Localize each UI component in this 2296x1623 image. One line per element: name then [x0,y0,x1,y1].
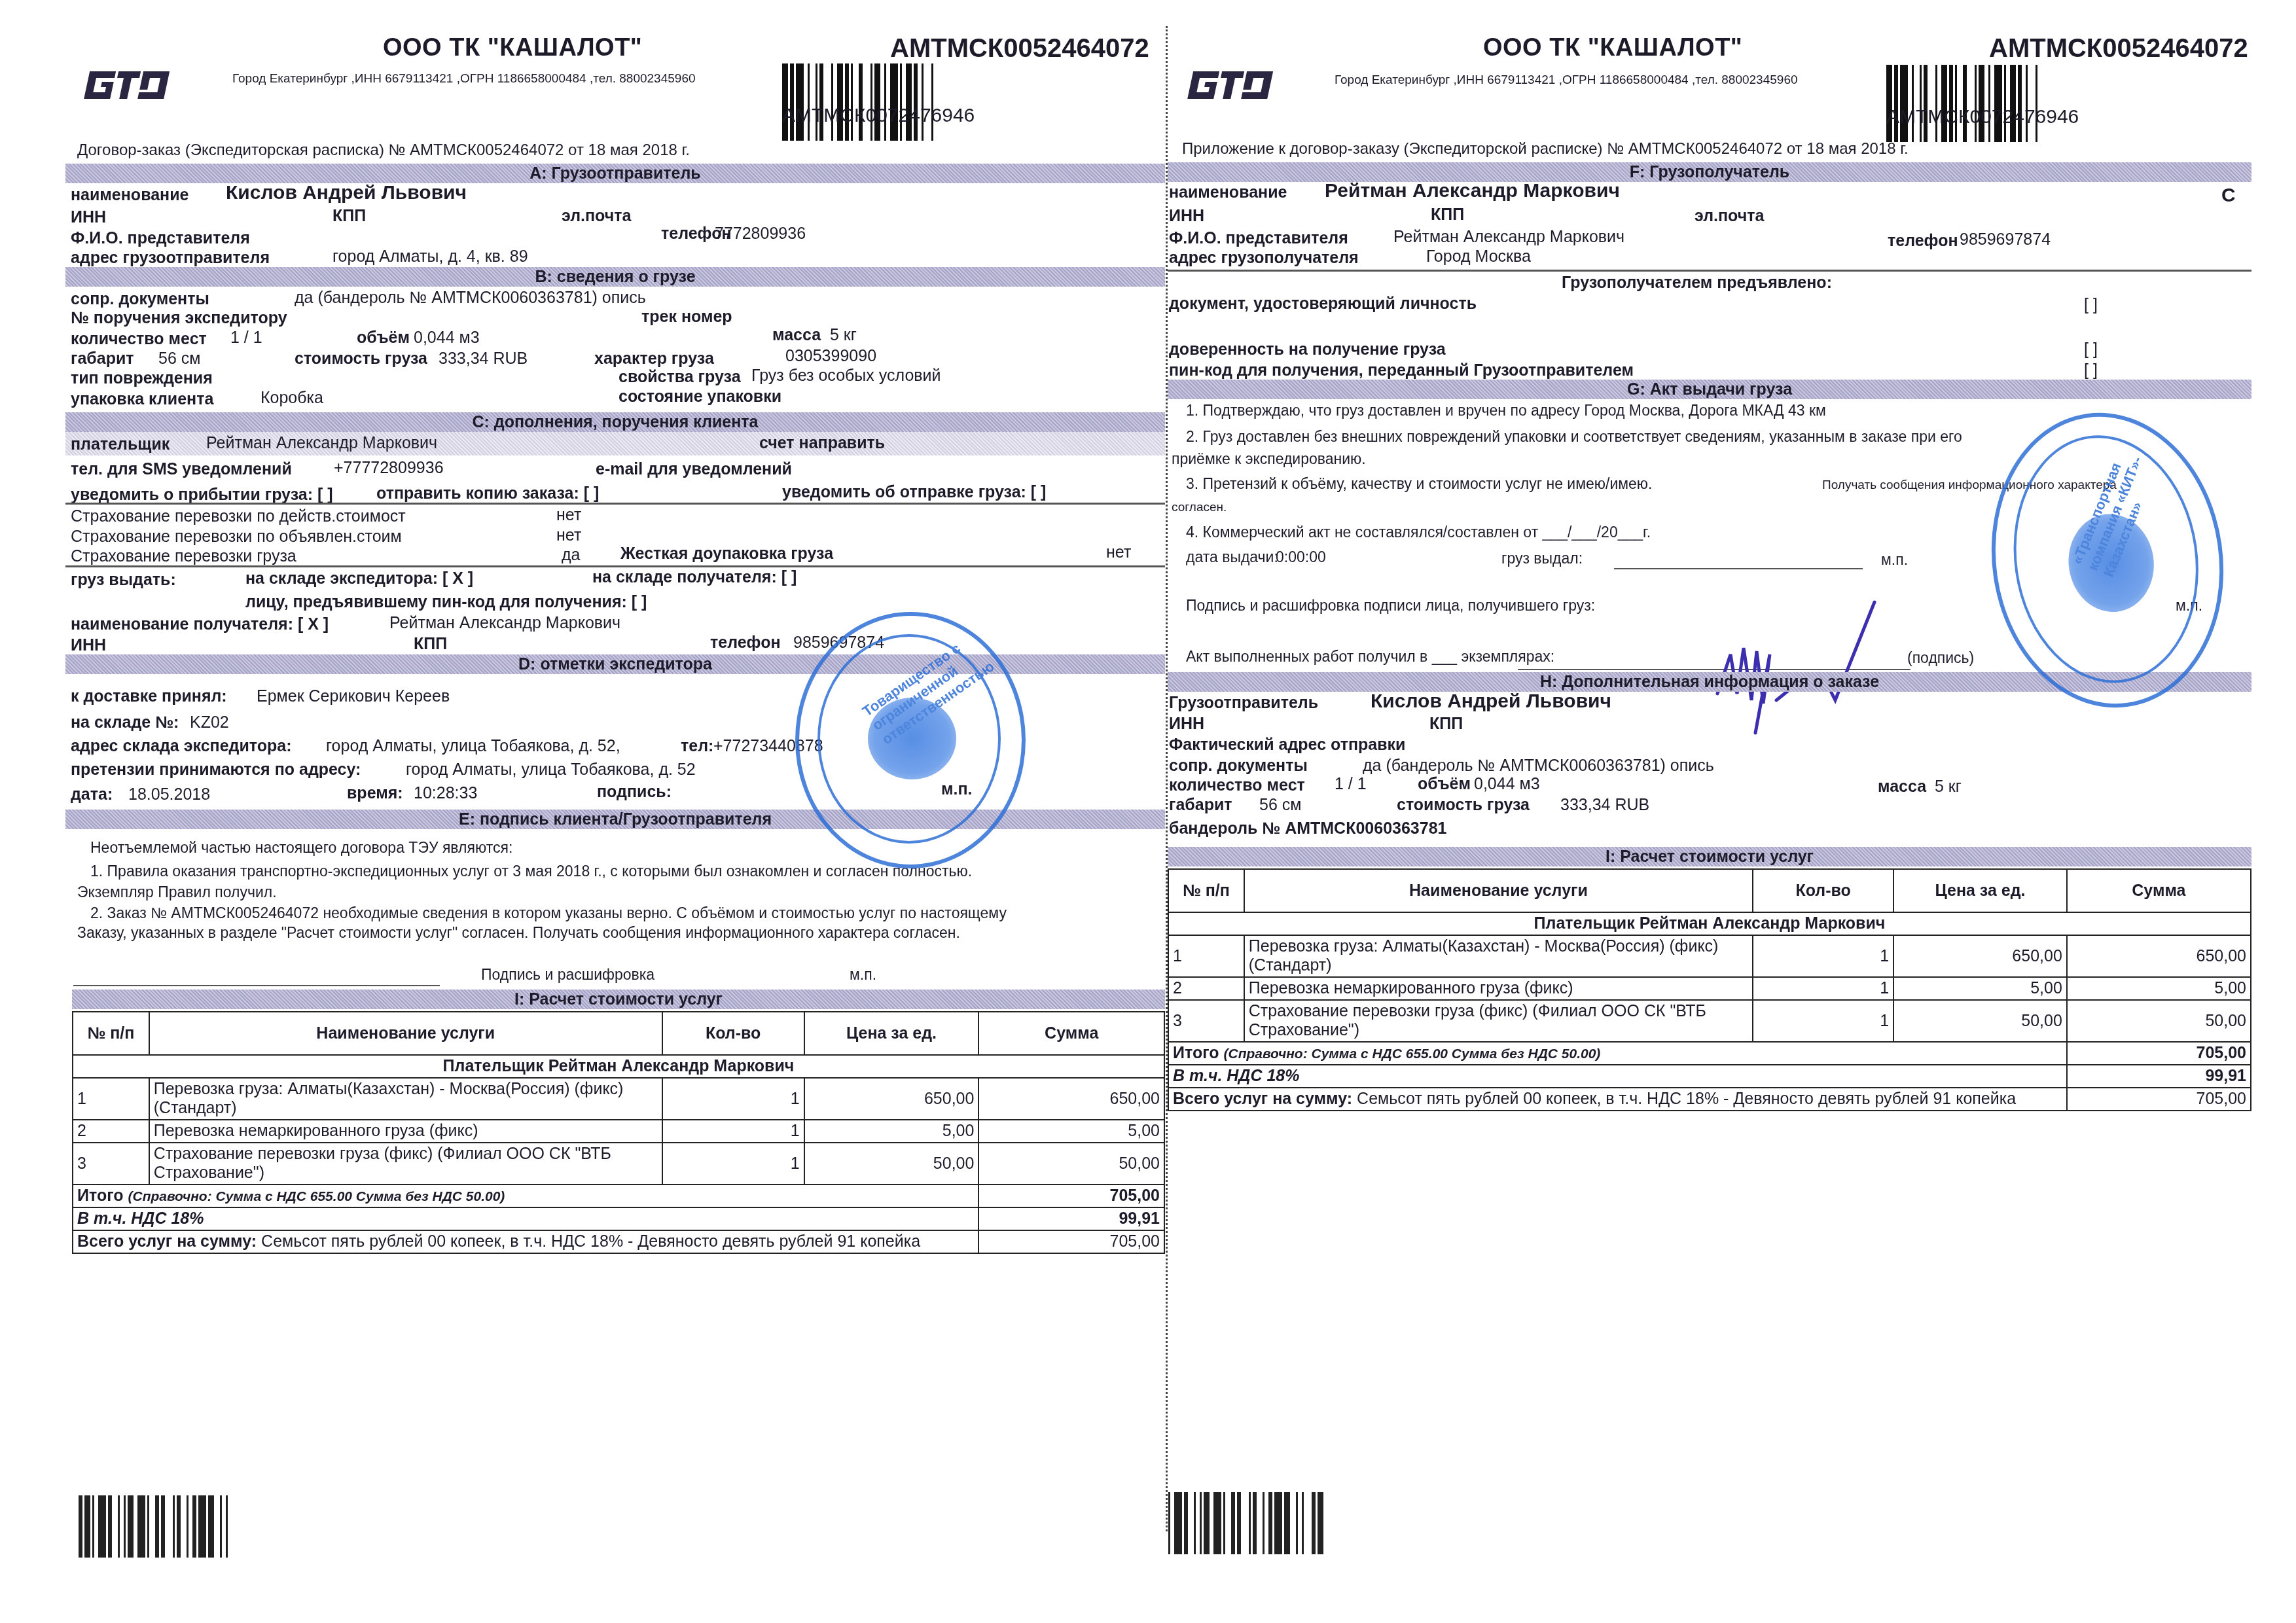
act-p1: 1. Подтверждаю, что груз доставлен и вру… [1186,402,1826,419]
service-name: Перевозка немаркированного груза (фикс) [149,1120,662,1143]
extra-places-label: количество мест [1169,776,1305,795]
consignee-address: Город Москва [1426,247,1531,266]
row-number: 2 [1168,977,1244,1000]
at-forwarder-checkbox[interactable]: на складе экспедитора: [ X ] [245,569,473,588]
signature-line [73,985,440,986]
bottom-barcode-right [1168,1492,1525,1554]
quantity: 1 [1753,935,1893,977]
consignee-rep: Рейтман Александр Маркович [1393,228,1624,247]
forwarder-order-label: № поручения экспедитору [71,309,287,328]
column-header: Цена за ед. [804,1012,979,1055]
grand-total-value: 705,00 [2067,1088,2251,1111]
unit-price: 650,00 [1893,935,2067,977]
size-label: габарит [71,349,134,368]
extra-shipper: Кислов Андрей Львович [1371,690,1611,713]
shipper-phone: 7772809936 [715,224,806,243]
vat-label: В т.ч. НДС 18% [73,1207,978,1230]
column-header: № п/п [73,1012,149,1055]
claims-address: город Алматы, улица Тобаякова, д. 52 [406,760,696,779]
copies-label: Акт выполненных работ получил в ___ экзе… [1186,648,1554,666]
table-row: 3Страхование перевозки груза (фикс) (Фил… [73,1143,1164,1185]
consignee-rep-label: Ф.И.О. представителя [1169,229,1348,248]
pack-state-label: состояние упаковки [619,387,781,406]
shipper-address-label: адрес грузоотправителя [71,249,270,268]
track-number-label: трек номер [641,308,732,327]
terms-p1b: Экземпляр Правил получил. [77,883,277,901]
gap [1323,1492,1325,1554]
quantity: 1 [1753,1000,1893,1042]
gap [810,63,816,141]
handwritten-signature [1678,589,1940,753]
bar [1318,1492,1323,1554]
section-g-header: G: Акт выдачи груза [1168,380,2251,399]
total-row: Итого (Справочно: Сумма с НДС 655.00 Сум… [1168,1042,2251,1065]
service-name: Страхование перевозки груза (фикс) (Фили… [149,1143,662,1185]
left-page: ООО ТК "КАШАЛОТ" АМТМСК0052464072 Город … [0,0,1166,1623]
company-info: Город Екатеринбург ,ИНН 6679113421 ,ОГРН… [232,72,696,86]
vat-value: 99,91 [978,1207,1164,1230]
sms-label: тел. для SMS уведомлений [71,460,292,479]
extra-docs: да (бандероль № АМТМСК0060363781) опись [1363,757,1714,776]
gap [165,1495,173,1558]
gtd-logo [77,69,175,101]
gap [1967,65,1975,142]
service-name: Перевозка груза: Алматы(Казахстан) - Мос… [149,1078,662,1120]
bar [137,1495,145,1558]
receiver-name-checkbox[interactable]: наименование получателя: [ X ] [71,615,329,634]
consignee-name: Рейтман Александр Маркович [1325,180,1620,202]
time-label: время: [347,784,403,803]
shipper-address: город Алматы, д. 4, кв. 89 [332,247,528,266]
company-title: ООО ТК "КАШАЛОТ" [383,34,642,62]
bar [890,63,898,141]
shipper-rep-label: Ф.И.О. представителя [71,229,250,248]
vat-value: 99,91 [2067,1065,2251,1088]
row-sum: 5,00 [978,1120,1164,1143]
bar [782,63,788,141]
issued-by-label: груз выдал: [1501,550,1583,567]
unit-price: 650,00 [804,1078,979,1120]
consignee-email-label: эл.почта [1695,207,1764,226]
service-name: Перевозка немаркированного груза (фикс) [1244,977,1753,1000]
extra-size: 56 см [1259,796,1301,815]
table-header-row: № п/пНаименование услугиКол-воЦена за ед… [1168,869,2251,912]
section-c-header: С: дополнения, поручения клиента [65,412,1165,432]
shipper-kpp-label: КПП [332,207,366,226]
total-row: Итого (Справочно: Сумма с НДС 655.00 Сум… [73,1185,1164,1207]
extra-volume-label: объём [1418,775,1471,794]
issued-by-seal: м.п. [1881,551,1908,569]
bar [1274,1492,1282,1554]
wh-address-label: адрес склада экспедитора: [71,737,292,756]
bar [1886,65,1892,142]
section-a-header: А: Грузоотправитель [65,164,1165,183]
accepted-label: к доставке принял: [71,687,227,706]
size-value: 56 см [158,349,200,368]
services-table: № п/пНаименование услугиКол-воЦена за ед… [1168,868,2251,1111]
extra-inn-label: ИНН [1169,715,1204,734]
quantity: 1 [662,1078,804,1120]
warehouse-number: KZ02 [190,713,229,732]
gtd-logo [1181,69,1279,101]
total-value: 705,00 [2067,1042,2251,1065]
gap [823,63,831,141]
grand-total-row: Всего услуг на сумму: Семьсот пять рубле… [1168,1088,2251,1111]
barcode [782,63,1139,141]
ins-cargo-value: да [562,546,581,565]
client-pack: Коробка [260,389,323,408]
ins-actual-value: нет [556,506,581,525]
row-sum: 5,00 [2067,977,2251,1000]
payer-cell: Плательщик Рейтман Александр Маркович [73,1055,1164,1078]
unit-price: 50,00 [1893,1000,2067,1042]
cargo-props-label: свойства груза [619,368,741,387]
gap [933,63,939,141]
accepted-by: Ермек Серикович Кереев [257,687,450,706]
gap [214,1495,220,1558]
sms-phone: +77772809936 [334,459,444,478]
payer-label: плательщик [71,435,170,454]
column-header: Наименование услуги [149,1012,662,1055]
barcode-subcode: АМТМСК0072476946 [1886,106,2079,128]
at-receiver-checkbox[interactable]: на складе получателя: [ ] [592,568,797,587]
extra-shipper-label: Грузоотправитель [1169,694,1318,713]
gap [2037,65,2043,142]
act-p3: 3. Претензий к объёму, качеству и стоимо… [1186,475,1653,493]
unit-price: 5,00 [1893,977,2067,1000]
issued-by-line [1614,568,1863,569]
notify-email-label: e-mail для уведомлений [596,460,792,479]
terms-p1: 1. Правила оказания транспортно-экспедиц… [90,863,972,880]
cargo-props: Груз без особых условий [751,366,941,385]
time-value: 10:28:33 [414,784,477,803]
total-value: 705,00 [978,1185,1164,1207]
unit-price: 5,00 [804,1120,979,1143]
gap [112,1495,118,1558]
quantity: 1 [1753,977,1893,1000]
payer-row: Плательщик Рейтман Александр Маркович [73,1055,1164,1078]
nature-value: 0305399090 [785,347,876,366]
gap [1241,1492,1249,1554]
damage-type-label: тип повреждения [71,369,213,388]
receiver-inn-label: ИНН [71,636,106,655]
table-row: 3Страхование перевозки груза (фикс) (Фил… [1168,1000,2251,1042]
quantity: 1 [662,1120,804,1143]
vat-row: В т.ч. НДС 18%99,91 [1168,1065,2251,1088]
volume-value: 0,044 м3 [414,329,480,348]
company-info: Город Екатеринбург ,ИНН 6679113421 ,ОГРН… [1335,73,1798,88]
gap [149,1495,155,1558]
bar [906,63,912,141]
bar [1174,1492,1182,1554]
client-seal-mark: м.п. [850,966,876,984]
date-value: 18.05.2018 [128,785,210,804]
column-header: Цена за ед. [1893,869,2067,912]
bar [128,1495,134,1558]
cost-value: 333,34 RUB [439,349,528,368]
unit-price: 50,00 [804,1143,979,1185]
terms-intro: Неотъемлемой частью настоящего договора … [90,839,512,857]
right-page: ООО ТК "КАШАЛОТ" АМТМСК0052464072 Город … [1168,0,2296,1623]
gap [2028,65,2036,142]
gap [853,63,859,141]
services-table: № п/пНаименование услугиКол-воЦена за ед… [72,1011,1165,1254]
column-header: Сумма [2067,869,2251,912]
divider [65,565,1165,567]
bar [84,1495,90,1558]
terms-p2b: Заказу, указанных в разделе "Расчет стои… [77,924,960,942]
column-header: Сумма [978,1012,1164,1055]
cargo-docs: да (бандероль № АМТМСК0060363781) опись [295,289,646,308]
act-p3b: согласен. [1172,501,1227,515]
gap [863,63,870,141]
row-number: 2 [73,1120,149,1143]
row-sum: 50,00 [978,1143,1164,1185]
bar [1213,1492,1221,1554]
row-number: 3 [73,1143,149,1185]
gap [924,63,931,141]
bar [98,1495,106,1558]
bar [1994,65,2002,142]
issue-cargo-label: груз выдать: [71,571,176,590]
table-row: 1Перевозка груза: Алматы(Казахстан) - Мо… [1168,935,2251,977]
ins-declared-label: Страхование перевозки по объявлен.стоим [71,527,402,546]
extra-places: 1 / 1 [1335,775,1367,794]
gap [228,1495,236,1558]
receiver-kpp-label: КПП [414,635,447,654]
gap [1257,1492,1263,1554]
row-sum: 650,00 [978,1078,1164,1120]
section-f-header: F: Грузополучатель [1168,162,2251,182]
row-number: 3 [1168,1000,1244,1042]
gap [1957,65,1963,142]
consignee-mark: С [2221,185,2236,207]
bar [1941,65,1947,142]
signature-label: подпись: [597,783,672,802]
divider [65,503,1165,505]
grand-total-text: Всего услуг на сумму: Семьсот пять рубле… [73,1230,978,1253]
bar [1284,1492,1290,1554]
service-name: Страхование перевозки груза (фикс) (Фили… [1244,1000,1753,1042]
presented-title: Грузополучателем предъявлено: [1562,274,1832,293]
bar [208,1495,214,1558]
section-i-header: I: Расчет стоимости услуг [72,990,1165,1009]
payer-name: Рейтман Александр Маркович [206,434,437,453]
invoice-label: счет направить [759,434,885,453]
send-copy-checkbox[interactable]: отправить копию заказа: [ ] [376,484,599,503]
company-title: ООО ТК "КАШАЛОТ" [1483,34,1742,62]
consignee-phone-label: телефон [1888,232,1958,251]
client-signature-caption: Подпись и расшифровка [481,966,655,984]
grand-total-value: 705,00 [978,1230,1164,1253]
notify-dispatch-checkbox[interactable]: уведомить об отправке груза: [ ] [782,483,1046,502]
payer-row: Плательщик Рейтман Александр Маркович [1168,912,2251,935]
cargo-docs-label: сопр. документы [71,290,209,309]
claims-label: претензии принимаются по адресу: [71,760,361,779]
gap [1914,65,1920,142]
gap [1290,1492,1296,1554]
presented-poa-label: доверенность на получение груза [1169,340,1446,359]
bar [1900,65,1908,142]
column-header: Кол-во [662,1012,804,1055]
act-p4: 4. Коммерческий акт не составлялся/соста… [1186,524,1651,541]
terms-p2: 2. Заказ № АМТМСК0052464072 необходимые … [90,904,1007,922]
pin-person-checkbox[interactable]: лицу, предъявившему пин-код для получени… [245,593,647,612]
order-code: АМТМСК0052464072 [890,34,1149,63]
volume-label: объём [357,329,410,348]
rigid-pack-label: Жесткая доупаковка груза [620,544,833,563]
payer-cell: Плательщик Рейтман Александр Маркович [1168,912,2251,935]
consignee-kpp-label: КПП [1431,205,1464,224]
bar [2010,65,2016,142]
bottom-barcode-left [79,1495,435,1558]
issue-date: 0:00:00 [1276,548,1326,566]
order-code: АМТМСК0052464072 [1989,34,2248,63]
parcel-number: бандероль № АМТМСК0060363781 [1169,819,1446,838]
extra-kpp-label: КПП [1429,715,1463,734]
vat-label: В т.ч. НДС 18% [1168,1065,2067,1088]
table-row: 1Перевозка груза: Алматы(Казахстан) - Мо… [73,1078,1164,1120]
cost-label: стоимость груза [295,349,427,368]
document-title: Договор-заказ (Экспедиторская расписка) … [77,141,690,160]
table-row: 2Перевозка немаркированного груза (фикс)… [73,1120,1164,1143]
presented-pin-checkbox[interactable]: [ ] [2084,361,2098,380]
consignee-phone: 9859697874 [1960,230,2051,249]
nature-label: характер груза [594,349,714,368]
ins-actual-label: Страхование перевозки по действ.стоимост [71,507,406,526]
mass-value: 5 кг [830,326,857,345]
table-header-row: № п/пНаименование услугиКол-воЦена за ед… [73,1012,1164,1055]
issue-date-label: дата выдачи: [1186,548,1278,566]
quantity: 1 [662,1143,804,1185]
notify-arrival-checkbox[interactable]: уведомить о прибытии груза: [ ] [71,486,333,505]
presented-pin-label: пин-код для получения, переданный Грузоо… [1169,361,1634,380]
actual-address-label: Фактический адрес отправки [1169,736,1405,755]
extra-docs-label: сопр. документы [1169,757,1308,776]
barcode-subcode: АМТМСК0072476946 [782,105,975,127]
bar [1204,1492,1210,1554]
mass-label: масса [772,326,821,345]
row-sum: 50,00 [2067,1000,2251,1042]
warehouse-label: на складе №: [71,713,179,732]
row-number: 1 [1168,935,1244,977]
row-sum: 650,00 [2067,935,2251,977]
act-p2b: приёмке к экспедированию. [1172,450,1366,468]
section-i-header: I: Расчет стоимости услуг [1168,847,2251,866]
presented-id-checkbox[interactable]: [ ] [2084,296,2098,315]
ins-declared-value: нет [556,526,581,545]
gap [1225,1492,1231,1554]
wh-address: город Алматы, улица Тобаякова, д. 52, [326,737,620,756]
column-header: Кол-во [1753,869,1893,912]
bar [874,63,880,141]
total-label: Итого (Справочно: Сумма с НДС 655.00 Сум… [1168,1042,2067,1065]
receiver-phone-label: телефон [710,633,781,652]
total-label: Итого (Справочно: Сумма с НДС 655.00 Сум… [73,1185,978,1207]
act-p2: 2. Груз доставлен без внешних повреждени… [1186,428,1962,446]
places-label: количество мест [71,330,207,349]
extra-cost-label: стоимость груза [1397,796,1530,815]
shipper-name: Кислов Андрей Львович [226,182,467,204]
company-stamp: Товарищество с ограниченной ответственно… [795,612,1026,868]
column-header: Наименование услуги [1244,869,1753,912]
grand-total-row: Всего услуг на сумму: Семьсот пять рубле… [73,1230,1164,1253]
consignee-inn-label: ИНН [1169,207,1204,226]
consignee-address-label: адрес грузополучателя [1169,249,1359,268]
section-b-header: В: сведения о грузе [65,267,1165,287]
divider [1168,270,2251,272]
ins-cargo-label: Страхование перевозки груза [71,547,296,566]
barcode [1886,65,2248,142]
bar [837,63,843,141]
presented-poa-checkbox[interactable]: [ ] [2084,340,2098,359]
shipper-email-label: эл.почта [562,207,631,226]
column-header: № п/п [1168,869,1244,912]
gap [181,1495,187,1558]
table-row: 2Перевозка немаркированного груза (фикс)… [1168,977,2251,1000]
presented-id-label: документ, удостоверяющий личность [1169,294,1477,313]
gap [1928,65,1935,142]
receiver-name: Рейтман Александр Маркович [389,614,620,633]
places-value: 1 / 1 [230,329,262,348]
extra-size-label: габарит [1169,796,1232,815]
extra-mass-label: масса [1878,777,1926,796]
rigid-pack-value: нет [1106,543,1131,562]
bar [1979,65,1984,142]
bar [796,63,804,141]
extra-cost: 333,34 RUB [1560,796,1649,815]
gap [1304,1492,1312,1554]
grand-total-text: Всего услуг на сумму: Семьсот пять рубле… [1168,1088,2067,1111]
date-label: дата: [71,785,113,804]
document-title: Приложение к договор-заказу (Экспедиторс… [1182,140,1909,158]
consignee-name-label: наименование [1169,183,1287,202]
wh-phone-label: тел: [681,737,713,756]
receiver-sign-label: Подпись и расшифровка подписи лица, полу… [1186,597,1595,615]
extra-mass: 5 кг [1935,777,1962,796]
bar [198,1495,206,1558]
shipper-inn-label: ИНН [71,208,106,227]
service-name: Перевозка груза: Алматы(Казахстан) - Мос… [1244,935,1753,977]
shipper-name-label: наименование [71,186,188,205]
gap [1188,1492,1194,1554]
row-number: 1 [73,1078,149,1120]
client-pack-label: упаковка клиента [71,390,213,409]
vat-row: В т.ч. НДС 18%99,91 [73,1207,1164,1230]
extra-volume: 0,044 м3 [1474,775,1540,794]
